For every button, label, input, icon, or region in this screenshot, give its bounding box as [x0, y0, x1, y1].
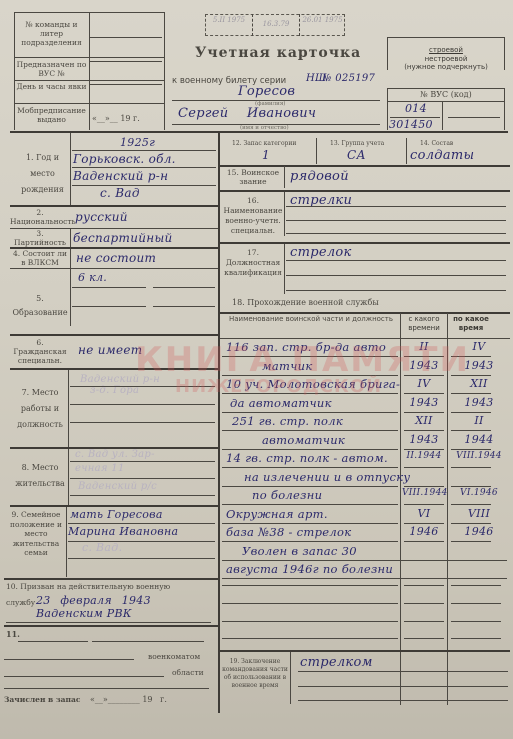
from-cell: 1946	[402, 525, 446, 538]
rule	[448, 117, 500, 118]
rule	[222, 621, 398, 622]
to-cell: VI.1946	[449, 488, 509, 498]
stamp-cell-3: 26.01 1975	[301, 16, 344, 25]
from-cell: IV	[402, 377, 446, 390]
nationality-label: 2. Национальность	[10, 208, 70, 226]
rule	[451, 430, 491, 431]
rule	[404, 412, 444, 413]
rule	[298, 686, 508, 687]
rule	[70, 495, 215, 496]
service-type-hint: (нужное подчеркнуть)	[388, 63, 504, 71]
rule	[404, 523, 444, 524]
residence-value-1: с. Вад ул. Зар-	[75, 449, 155, 460]
birth-label: 1. Год и место рождения	[15, 150, 70, 198]
rule	[222, 356, 398, 357]
rule	[451, 393, 491, 394]
header-divider	[10, 131, 508, 133]
residence-value-3: Ваденский р/с	[78, 481, 157, 492]
rule	[222, 430, 398, 431]
family-value-1: мать Горесова	[70, 508, 163, 521]
residence-label: 8. Место жительства	[10, 460, 70, 492]
unit-cell: Окружная арт.	[226, 507, 328, 521]
rule	[222, 585, 398, 586]
rule	[72, 185, 216, 186]
rule	[222, 375, 398, 376]
unit-cell: автоматчик	[262, 433, 345, 447]
rule	[153, 287, 215, 288]
rule	[14, 80, 164, 81]
rule	[4, 625, 218, 627]
name-patronymic-value: Сергей Иванович	[178, 106, 316, 121]
from-cell: 1943	[402, 396, 446, 409]
rule	[404, 504, 444, 505]
vus-header: № ВУС (код)	[388, 90, 504, 99]
unit-cell: 10 уч. Молотовская брига-	[226, 377, 400, 391]
composition-label: 14. Состав	[420, 140, 453, 147]
rule	[404, 430, 444, 431]
unit-cell: 116 зап. стр. бр-да авто	[226, 340, 386, 354]
col-header-from: с какого времени	[402, 315, 446, 333]
rule	[504, 88, 505, 130]
rule	[222, 523, 398, 524]
rule	[387, 88, 505, 89]
family-value-2: Марина Ивановна	[68, 525, 178, 538]
rule	[404, 541, 444, 542]
rule	[222, 504, 398, 505]
rule	[404, 603, 444, 604]
rule	[90, 61, 162, 62]
rule	[220, 190, 510, 192]
rule	[68, 523, 215, 524]
rule	[68, 370, 69, 448]
conscription-date: 23 февраля 1943	[36, 594, 151, 607]
column-rule	[447, 313, 448, 705]
rule	[92, 641, 204, 642]
from-cell: 1943	[402, 359, 446, 372]
unit-cell: база №38 - стрелок	[226, 525, 351, 539]
rule	[14, 57, 164, 58]
rule	[222, 541, 398, 542]
rule	[68, 449, 69, 507]
rule	[284, 244, 285, 294]
rule	[153, 306, 215, 307]
record-group-value: СА	[347, 148, 366, 162]
party-label: 3. Партийность	[10, 229, 70, 247]
unit-cell: августа 1946г по болезни	[226, 562, 393, 576]
rule	[4, 659, 134, 660]
rule	[451, 412, 491, 413]
composition-value: солдаты	[410, 148, 474, 163]
birth-place-line-3: с. Вад	[100, 186, 140, 200]
workplace-label: 7. Место работы и должность	[10, 385, 70, 433]
rule	[10, 505, 218, 507]
rule	[220, 165, 510, 167]
military-commissariat-label: военкоматом	[148, 652, 200, 661]
col-header-to: по какое время	[449, 315, 493, 333]
rule	[299, 14, 300, 36]
rule	[222, 560, 507, 561]
civil-specialty-label: 6. Гражданская специальн.	[10, 338, 70, 365]
rule	[451, 467, 491, 468]
rule	[451, 585, 501, 586]
from-cell: II.1944	[402, 451, 446, 461]
rule	[72, 167, 216, 168]
from-cell: VIII.1944	[402, 488, 446, 498]
rule	[451, 356, 491, 357]
rule	[10, 268, 218, 269]
rule	[70, 478, 215, 479]
rule	[164, 12, 165, 130]
to-cell: 1943	[449, 359, 509, 372]
rule	[220, 338, 510, 339]
rule	[451, 523, 491, 524]
unit-cell: Уволен в запас 30	[242, 544, 357, 558]
rule	[290, 652, 291, 704]
rule	[220, 650, 510, 652]
rule	[404, 356, 444, 357]
discharge-date: «__»________ 19 г.	[90, 695, 167, 704]
report-time-label: День и часы явки	[15, 82, 88, 91]
rule	[286, 290, 506, 291]
rule	[222, 578, 507, 579]
rule	[451, 375, 491, 376]
rule	[286, 275, 506, 276]
rule	[222, 638, 398, 639]
from-cell: II	[402, 340, 446, 353]
education-label: 5. Образование	[10, 292, 70, 320]
civil-specialty-value: не имеет	[78, 343, 142, 357]
rule	[70, 133, 71, 205]
rule	[10, 205, 218, 207]
from-cell: XII	[402, 414, 446, 427]
rule	[90, 84, 162, 85]
rule	[404, 621, 444, 622]
to-cell: II	[449, 414, 509, 427]
rule	[286, 260, 506, 261]
rule	[286, 233, 506, 234]
rule	[404, 449, 444, 450]
rule	[298, 671, 508, 672]
main-column-divider	[218, 133, 220, 713]
rule	[14, 103, 164, 104]
rule	[222, 603, 398, 604]
card-title: Учетная карточка	[195, 45, 361, 61]
record-card-paper: № команды и литер подразделения Предназн…	[0, 0, 513, 739]
unit-cell: да автоматчик	[230, 396, 332, 410]
rule	[4, 578, 218, 580]
region-label: области	[172, 668, 204, 677]
from-cell: VI	[402, 507, 446, 520]
rule	[68, 558, 215, 559]
conscription-office: Ваденским РВК	[36, 607, 132, 620]
conscription-label-b: службу	[6, 598, 35, 607]
name-label: (имя и отчество)	[240, 125, 289, 131]
workplace-value-1: Ваденский р-н	[80, 374, 160, 385]
rule	[10, 334, 218, 336]
rule	[504, 37, 505, 70]
rule	[404, 375, 444, 376]
unit-cell: на излечении и в отпуску	[244, 470, 410, 484]
reserve-category-label: 12. Запас категории	[232, 140, 296, 147]
unit-cell: матчик	[262, 359, 313, 373]
rule	[451, 621, 501, 622]
rule	[404, 393, 444, 394]
service-type-noncombat: нестроевой	[388, 55, 504, 63]
rule	[220, 242, 510, 244]
to-cell: VIII	[449, 507, 509, 520]
party-value: беспартийный	[73, 231, 173, 245]
unit-cell: 14 гв. стр. полк - автом.	[226, 451, 388, 465]
rule	[387, 37, 505, 38]
rule	[72, 150, 216, 151]
col-header-unit: Наименование воинской части и должность	[222, 315, 400, 324]
to-cell: 1946	[449, 525, 509, 538]
rule	[404, 638, 444, 639]
to-cell: IV	[449, 340, 509, 353]
rule	[286, 206, 506, 207]
position-qualification-value: стрелок	[290, 245, 352, 260]
assigned-vus-label: Предназначен по ВУС №	[15, 60, 88, 78]
ticket-number: № 025197	[322, 73, 375, 84]
rule	[451, 449, 491, 450]
mob-order-date: «__»__ 19 г.	[92, 114, 140, 123]
rule	[6, 622, 211, 623]
komsomol-value: не состоит	[76, 251, 156, 265]
rule	[298, 700, 508, 701]
mob-order-label: Мобпредписание выдано	[15, 106, 88, 124]
rule	[222, 412, 398, 413]
discharge-label: Зачислен в запас	[4, 695, 80, 704]
military-specialty-label: 16. Наименование военно-учетн. специальн…	[222, 196, 284, 236]
family-value-3: с. Вад.	[82, 541, 122, 554]
residence-value-2: ечная 11	[75, 463, 125, 474]
rule	[451, 541, 491, 542]
unit-cell: по болезни	[252, 488, 322, 502]
conscription-label: 10. Призван на действительную военную	[6, 582, 170, 591]
rule	[451, 638, 501, 639]
rule	[70, 461, 215, 462]
rule	[4, 688, 209, 689]
rule	[66, 507, 67, 577]
birth-place-line-1: Горьковск. обл.	[73, 152, 176, 166]
rule	[70, 268, 71, 326]
family-label: 9. Семейное положение и место жительства…	[6, 510, 66, 558]
column-rule	[400, 313, 401, 705]
rule	[89, 12, 90, 130]
rule	[90, 37, 162, 38]
rule	[72, 306, 146, 307]
to-cell: XII	[449, 377, 509, 390]
service-type-combat: строевой	[388, 46, 504, 54]
rule	[451, 486, 491, 487]
rule	[404, 585, 444, 586]
command-conclusion-value: стрелком	[300, 655, 373, 670]
rule	[451, 504, 491, 505]
to-cell: 1943	[449, 396, 509, 409]
service-history-label: 18. Прохождение военной службы	[232, 298, 379, 307]
birth-place-line-2: Ваденский р-н	[73, 169, 168, 183]
rank-label: 15. Воинское звание	[222, 168, 284, 186]
field-11-label: 11.	[6, 629, 20, 639]
rule	[222, 486, 398, 487]
rule	[284, 166, 285, 188]
rule	[220, 312, 510, 314]
rule	[451, 603, 501, 604]
rule	[18, 641, 88, 642]
rule	[284, 192, 285, 236]
rule	[222, 393, 398, 394]
komsomol-label: 4. Состоит ли в ВЛКСМ	[10, 249, 70, 267]
reserve-category-value: 1	[262, 148, 270, 162]
stamp-cell-1: 5.II 1975	[207, 16, 251, 25]
rule	[442, 101, 443, 130]
rule	[70, 386, 215, 387]
rule	[252, 14, 253, 36]
rule	[4, 676, 164, 677]
nationality-value: русский	[75, 210, 128, 224]
rule	[404, 467, 444, 468]
rule	[404, 486, 444, 487]
rule	[70, 422, 215, 423]
education-value: 6 кл.	[78, 271, 107, 284]
vus-code-2: 301450	[389, 118, 433, 131]
rule	[72, 287, 146, 288]
vus-code-1: 014	[405, 102, 427, 115]
command-conclusion-label: 19. Заключение командования части об исп…	[220, 658, 290, 690]
surname-value: Горесов	[238, 84, 295, 99]
record-group-label: 13. Группа учета	[330, 140, 384, 147]
rule	[10, 368, 218, 370]
command-number-label: № команды и литер подразделения	[15, 20, 88, 47]
from-cell: 1943	[402, 433, 446, 446]
birth-year: 1925г	[120, 136, 155, 149]
rule	[222, 467, 398, 468]
rule	[286, 220, 506, 221]
rank-value: рядовой	[290, 169, 349, 184]
rule	[406, 138, 407, 164]
to-cell: 1944	[449, 433, 509, 446]
to-cell: VIII.1944	[449, 451, 509, 461]
unit-cell: 251 гв. стр. полк	[232, 414, 343, 428]
rule	[316, 138, 317, 164]
rule	[222, 449, 398, 450]
rule	[70, 404, 215, 405]
stamp-cell-2: 16.3.79	[254, 20, 298, 28]
position-qualification-label: 17. Должностная квалификация	[222, 248, 284, 278]
